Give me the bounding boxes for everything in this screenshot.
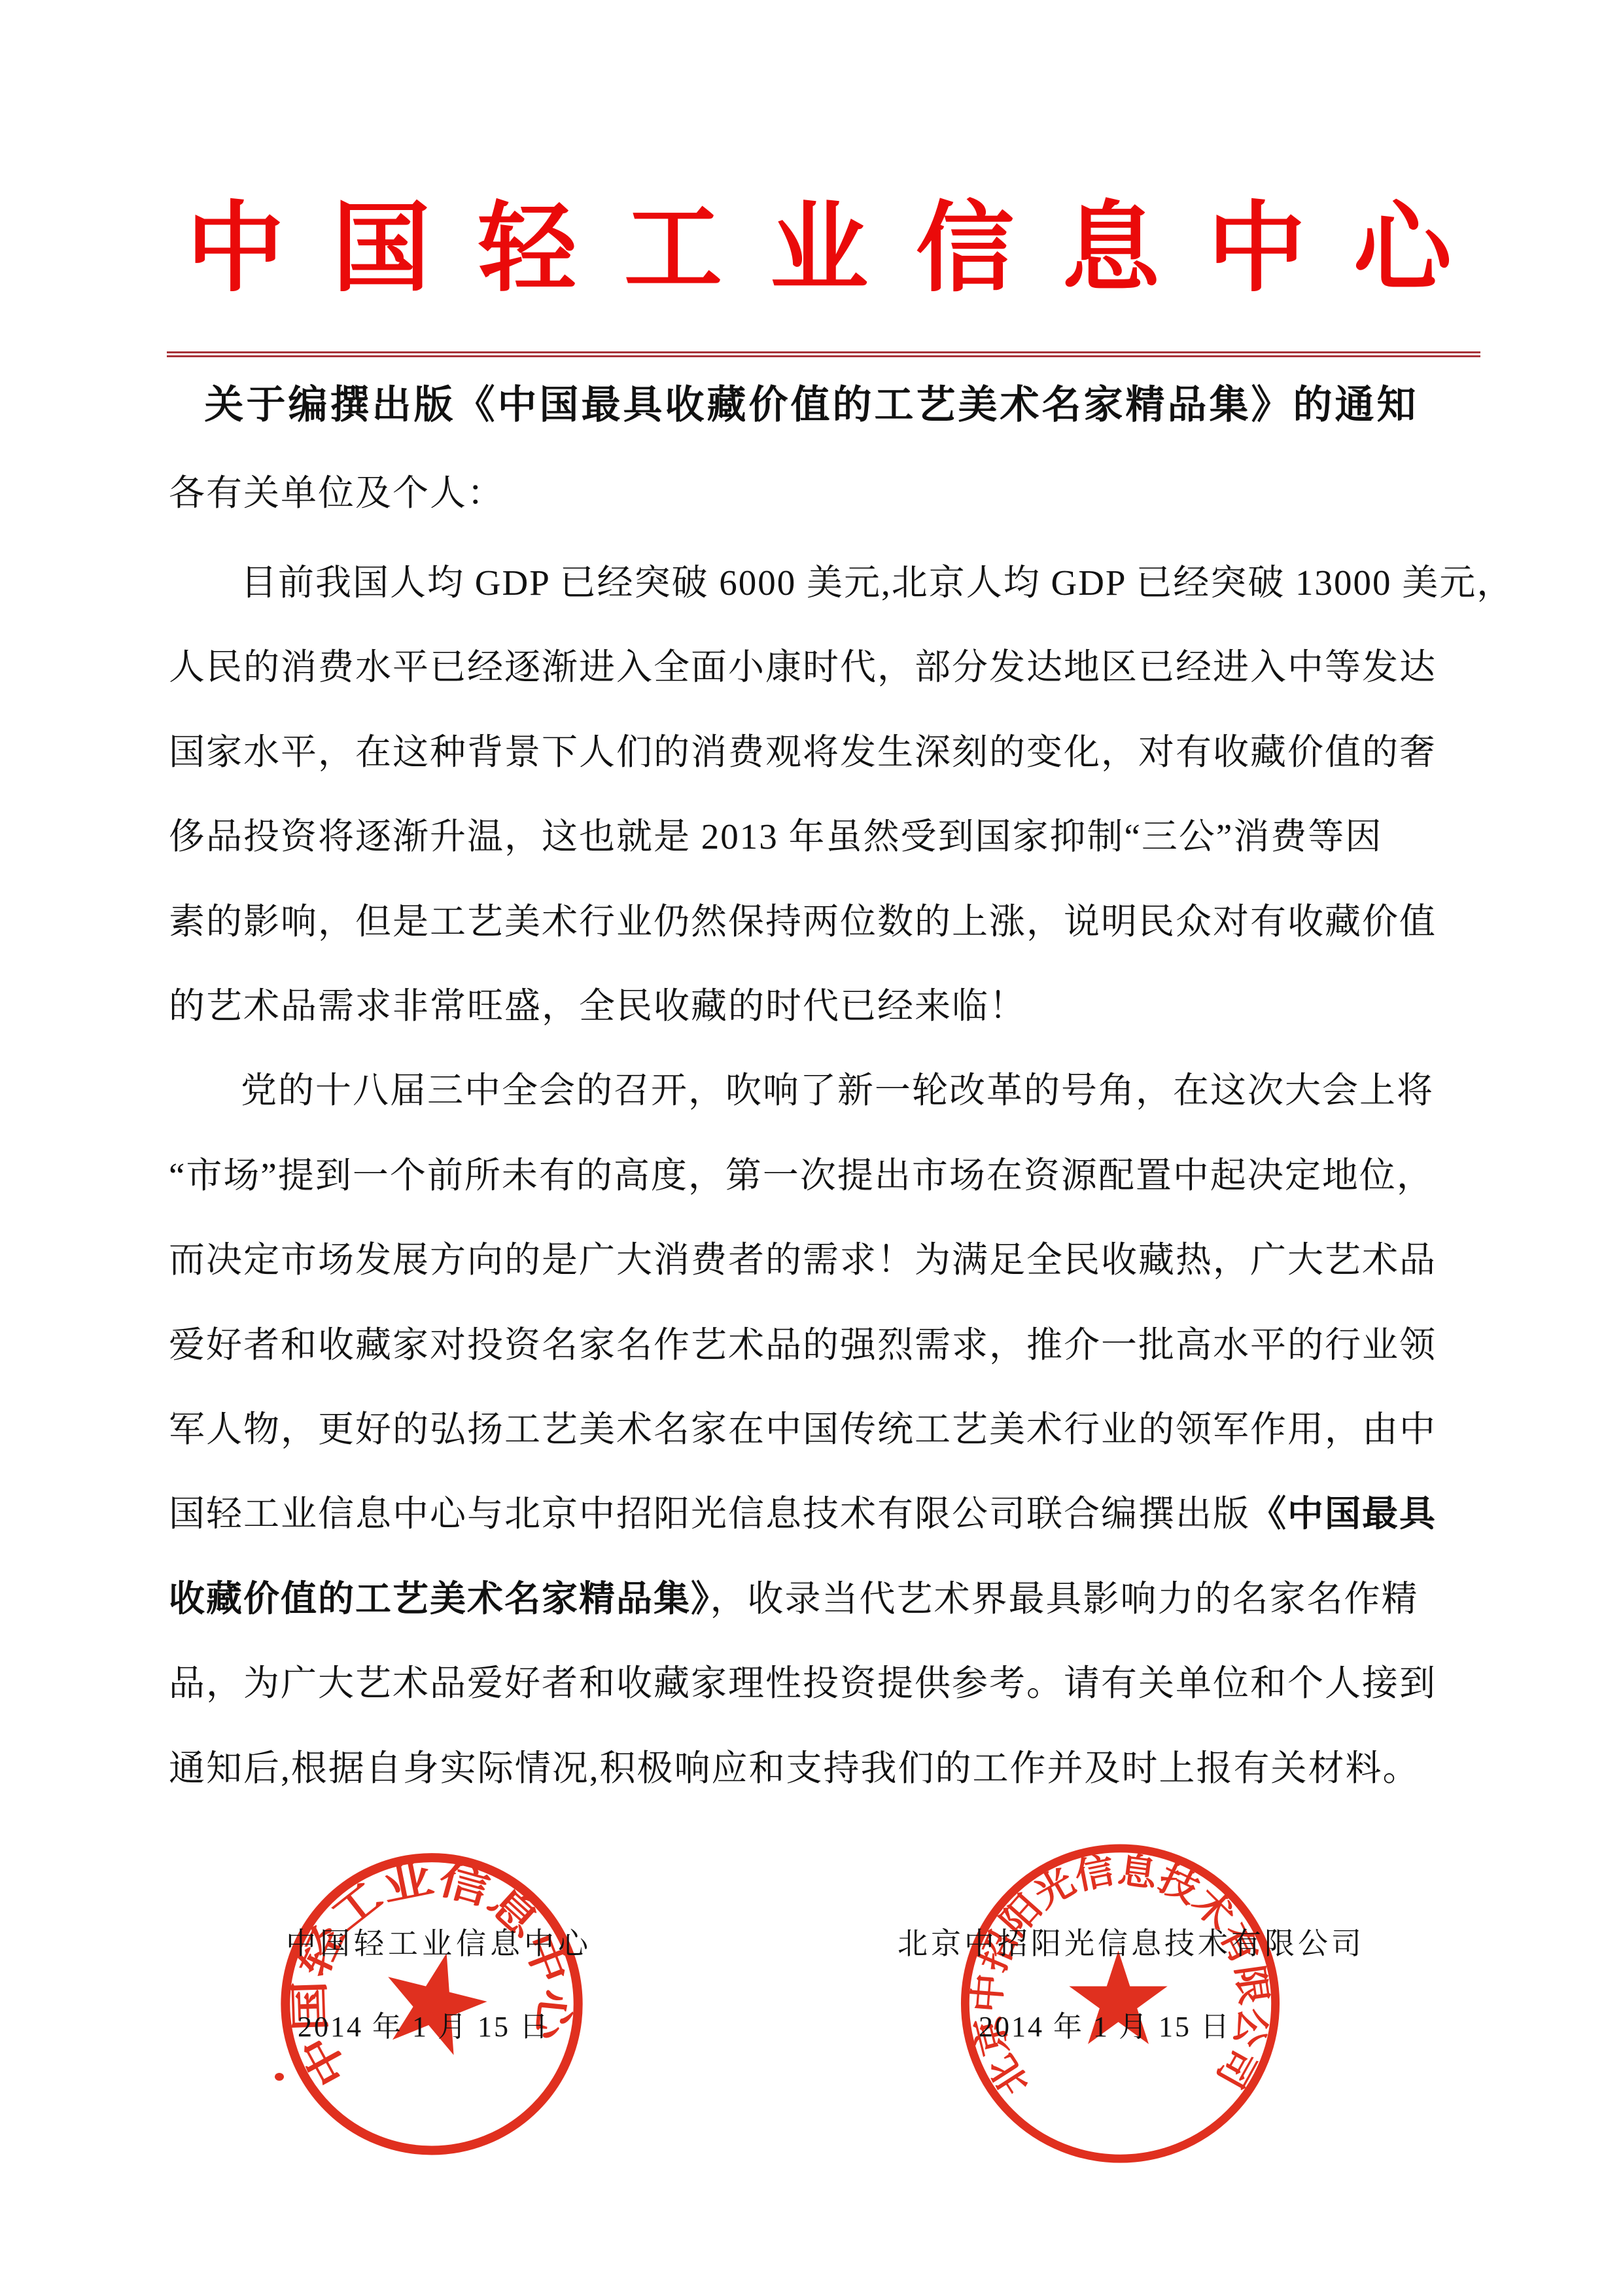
body-line: 品，为广大艺术品爱好者和收藏家理性投资提供参考。请有关单位和个人接到 [169, 1641, 1472, 1725]
body-line: 国家水平，在这种背景下人们的消费观将发生深刻的变化，对有收藏价值的奢 [169, 710, 1472, 794]
masthead-org-title: 中国轻工业信息中心 [186, 200, 1499, 298]
body-line: 军人物，更好的弘扬工艺美术名家在中国传统工艺美术行业的领军作用，由中 [169, 1387, 1472, 1472]
signature-date-right: 2014 年 1 月 15 日 [979, 2010, 1231, 2045]
signature-org-right: 北京中招阳光信息技术有限公司 [898, 1926, 1365, 1962]
body-line: 侈品投资将逐渐升温，这也就是 2013 年虽然受到国家抑制“三公”消费等因 [169, 794, 1472, 879]
body-text-bold: 《中国最具 [1250, 1493, 1437, 1534]
body-line: 国轻工业信息中心与北京中招阳光信息技术有限公司联合编撰出版《中国最具 [169, 1472, 1472, 1556]
body-line: 目前我国人均 GDP 已经突破 6000 美元,北京人均 GDP 已经突破 13… [169, 540, 1472, 625]
body-text: 通知后,根据自身实际情况,积极响应和支持我们的工作并及时上报有关材料。 [169, 1748, 1420, 1788]
official-seal-left: 中国轻工业信息中心 [279, 1848, 584, 2157]
official-seal-right: 北京中招阳光信息技术有限公司 [953, 1842, 1287, 2165]
body-line: 的艺术品需求非常旺盛，全民收藏的时代已经来临！ [169, 964, 1472, 1048]
body-text: 党的十八届三中全会的召开，吹响了新一轮改革的号角，在这次大会上将 [241, 1070, 1434, 1110]
body-text: “市场”提到一个前所未有的高度，第一次提出市场在资源配置中起决定地位， [169, 1156, 1434, 1195]
body-text: 国家水平，在这种背景下人们的消费观将发生深刻的变化，对有收藏价值的奢 [169, 732, 1437, 772]
signature-org-left: 中国轻工业信息中心 [286, 1926, 592, 1962]
signature-date-left: 2014 年 1 月 15 日 [298, 2010, 550, 2045]
body-line: 收藏价值的工艺美术名家精品集》，收录当代艺术界最具影响力的名家名作精 [169, 1557, 1472, 1641]
body-text: ，收录当代艺术界最具影响力的名家名作精 [710, 1579, 1419, 1619]
body-text-bold: 收藏价值的工艺美术名家精品集》 [169, 1578, 710, 1619]
body-line: 人民的消费水平已经逐渐进入全面小康时代，部分发达地区已经进入中等发达 [169, 625, 1472, 709]
body-text: 国轻工业信息中心与北京中招阳光信息技术有限公司联合编撰出版 [169, 1494, 1250, 1534]
stamp-ink-speck [275, 2073, 284, 2081]
salutation: 各有关单位及个人： [169, 470, 504, 517]
body-text: 而决定市场发展方向的是广大消费者的需求！为满足全民收藏热，广大艺术品 [169, 1240, 1437, 1280]
scanned-notice-page: { "colors": { "masthead_red": "#ea0a0a",… [0, 0, 1623, 2296]
notice-body: 目前我国人均 GDP 已经突破 6000 美元,北京人均 GDP 已经突破 13… [169, 540, 1472, 1810]
body-text: 的艺术品需求非常旺盛，全民收藏的时代已经来临！ [169, 986, 1026, 1026]
body-text: 军人物，更好的弘扬工艺美术名家在中国传统工艺美术行业的领军作用，由中 [169, 1409, 1437, 1449]
body-text: 素的影响，但是工艺美术行业仍然保持两位数的上涨，说明民众对有收藏价值 [169, 902, 1437, 942]
body-line: 爱好者和收藏家对投资名家名作艺术品的强烈需求，推介一批高水平的行业领 [169, 1303, 1472, 1387]
masthead-divider-rule [167, 351, 1480, 357]
body-text: 人民的消费水平已经逐渐进入全面小康时代，部分发达地区已经进入中等发达 [169, 647, 1437, 687]
body-text: 品，为广大艺术品爱好者和收藏家理性投资提供参考。请有关单位和个人接到 [169, 1663, 1437, 1703]
body-text: 爱好者和收藏家对投资名家名作艺术品的强烈需求，推介一批高水平的行业领 [169, 1325, 1437, 1365]
body-text: 目前我国人均 GDP 已经突破 6000 美元,北京人均 GDP 已经突破 13… [241, 563, 1514, 603]
body-line: 而决定市场发展方向的是广大消费者的需求！为满足全民收藏热，广大艺术品 [169, 1218, 1472, 1302]
body-line: 通知后,根据自身实际情况,积极响应和支持我们的工作并及时上报有关材料。 [169, 1726, 1472, 1810]
body-line: “市场”提到一个前所未有的高度，第一次提出市场在资源配置中起决定地位， [169, 1133, 1472, 1218]
body-line: 党的十八届三中全会的召开，吹响了新一轮改革的号角，在这次大会上将 [169, 1048, 1472, 1133]
notice-title: 关于编撰出版《中国最具收藏价值的工艺美术名家精品集》的通知 [0, 382, 1623, 427]
body-line: 素的影响，但是工艺美术行业仍然保持两位数的上涨，说明民众对有收藏价值 [169, 879, 1472, 964]
body-text: 侈品投资将逐渐升温，这也就是 2013 年虽然受到国家抑制“三公”消费等因 [169, 817, 1382, 857]
